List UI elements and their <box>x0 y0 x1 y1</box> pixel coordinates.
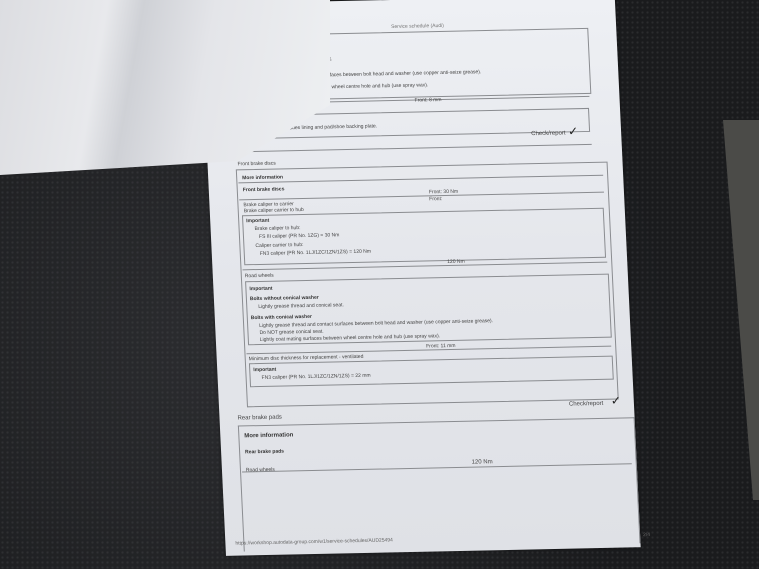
rear-brake-pads-box <box>238 417 641 551</box>
rear-road-wheels-label: Road wheels <box>246 467 275 474</box>
caliper-carrier-to-hub-label: Brake caliper carrier to hub <box>244 207 304 214</box>
disc-important-title: Important <box>253 367 276 373</box>
divider <box>237 144 592 152</box>
caliper-important-item-1-title: Brake caliper to hub: <box>254 225 300 232</box>
wheels-bolts-with-title: Bolts with conical washer <box>251 314 312 321</box>
footer-page-number: 2/4 <box>643 532 650 538</box>
more-information-title: More information <box>242 174 283 181</box>
caliper-carrier-to-hub-value: Front: <box>429 196 442 202</box>
caliper-important-title: Important <box>246 218 269 224</box>
check-report-label: Check/report <box>569 401 604 408</box>
check-report-label: Check/report <box>531 130 566 137</box>
min-pad-thickness-value: Front: 8 mm <box>414 97 441 104</box>
front-brake-discs-subtitle: Front brake discs <box>243 186 285 193</box>
rear-more-information-title: More information <box>244 432 293 439</box>
rear-road-wheels-value: 120 Nm <box>472 459 493 465</box>
road-wheels-label: Road wheels <box>245 273 274 280</box>
front-brake-discs-section-label: Front brake discs <box>237 161 276 168</box>
check-mark-icon: ✓ <box>610 393 621 407</box>
rear-brake-pads-section-label: Rear brake pads <box>237 415 282 422</box>
check-mark-icon: ✓ <box>568 124 579 138</box>
wheels-important-title: Important <box>249 286 272 292</box>
rear-brake-pads-subtitle: Rear brake pads <box>245 449 284 456</box>
page-header-title: Service schedule (Audi) <box>391 23 444 30</box>
caliper-important-item-2-title: Caliper carrier to hub: <box>255 242 303 249</box>
